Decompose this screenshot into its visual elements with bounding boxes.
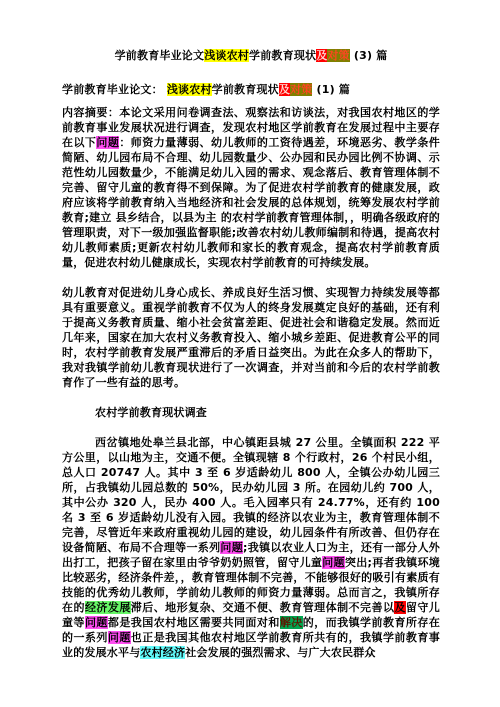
highlight-magenta: 问题 [220, 541, 243, 554]
text-run: 学前教育现状 [249, 49, 316, 62]
text-run: 学前教育毕业论文 [115, 49, 205, 62]
highlight-yellow: 浅谈农村 [167, 83, 212, 96]
text-run: 都是我国农村地区需要共同面对和 [108, 616, 280, 629]
doc-title: 学前教育毕业论文浅谈农村学前教育现状及对策 (3) 篇 [62, 48, 440, 63]
highlight-magenta: 问题 [85, 616, 108, 629]
highlight-green: 经济发展 [85, 601, 131, 614]
highlight-magenta: 问题 [322, 556, 345, 569]
highlight-yellow: 浅谈农村 [204, 49, 249, 62]
text-run: 幼儿教育对促进幼儿身心成长、养成良好生活习惯、实现智力持续发展等都具有重要意义。… [62, 286, 440, 389]
text-run: (1) 篇 [312, 83, 350, 96]
highlight-red: 及 [394, 601, 405, 614]
text-run: (3) 篇 [350, 49, 388, 62]
intro-paragraph: 幼儿教育对促进幼儿身心成长、养成良好生活习惯、实现智力持续发展等都具有重要意义。… [62, 285, 440, 390]
abstract-paragraph: 内容摘要：本论文采用问卷调查法、观察法和访谈法，对我国农村地区的学前教育事业发展… [62, 105, 440, 270]
text-run: ：师资力量薄弱、幼儿教师的工资待遇差，环境恶劣、教学条件简陋、幼儿园布局不合理、… [62, 136, 440, 269]
doc-subtitle: 学前教育毕业论文： 浅谈农村学前教育现状及对策 (1) 篇 [62, 82, 440, 97]
text-run: 滞后、地形复杂、交通不便、教育管理体制不完善以 [131, 601, 395, 614]
text-run: 社会发展的强烈需求、与广大农民群众 [185, 646, 375, 659]
text-run: 学前教育毕业论文： [62, 83, 167, 96]
highlight-red: 及 [316, 49, 327, 62]
text-run: 学前教育现状 [212, 83, 279, 96]
section-heading: 农村学前教育现状调查 [62, 405, 440, 420]
text-run: 西岔镇地处皋兰县北部，中心镇距县城 27 公里。全镇面积 222 平方公里，以山… [62, 436, 440, 554]
document-body: 学前教育毕业论文浅谈农村学前教育现状及对策 (3) 篇学前教育毕业论文： 浅谈农… [0, 0, 500, 660]
survey-paragraph: 西岔镇地处皋兰县北部，中心镇距县城 27 公里。全镇面积 222 平方公里，以山… [62, 435, 440, 660]
highlight-darkYellow: 对策 [290, 83, 312, 96]
highlight-magenta: 问题 [96, 136, 119, 149]
highlight-magenta: 问题 [108, 631, 131, 644]
highlight-darkGreen: 解决 [280, 616, 303, 629]
text-run: 农村学前教育现状调查 [95, 406, 207, 419]
highlight-cyan: 农村经济 [140, 646, 185, 659]
highlight-red: 及 [279, 83, 290, 96]
highlight-darkYellow: 对策 [327, 49, 349, 62]
